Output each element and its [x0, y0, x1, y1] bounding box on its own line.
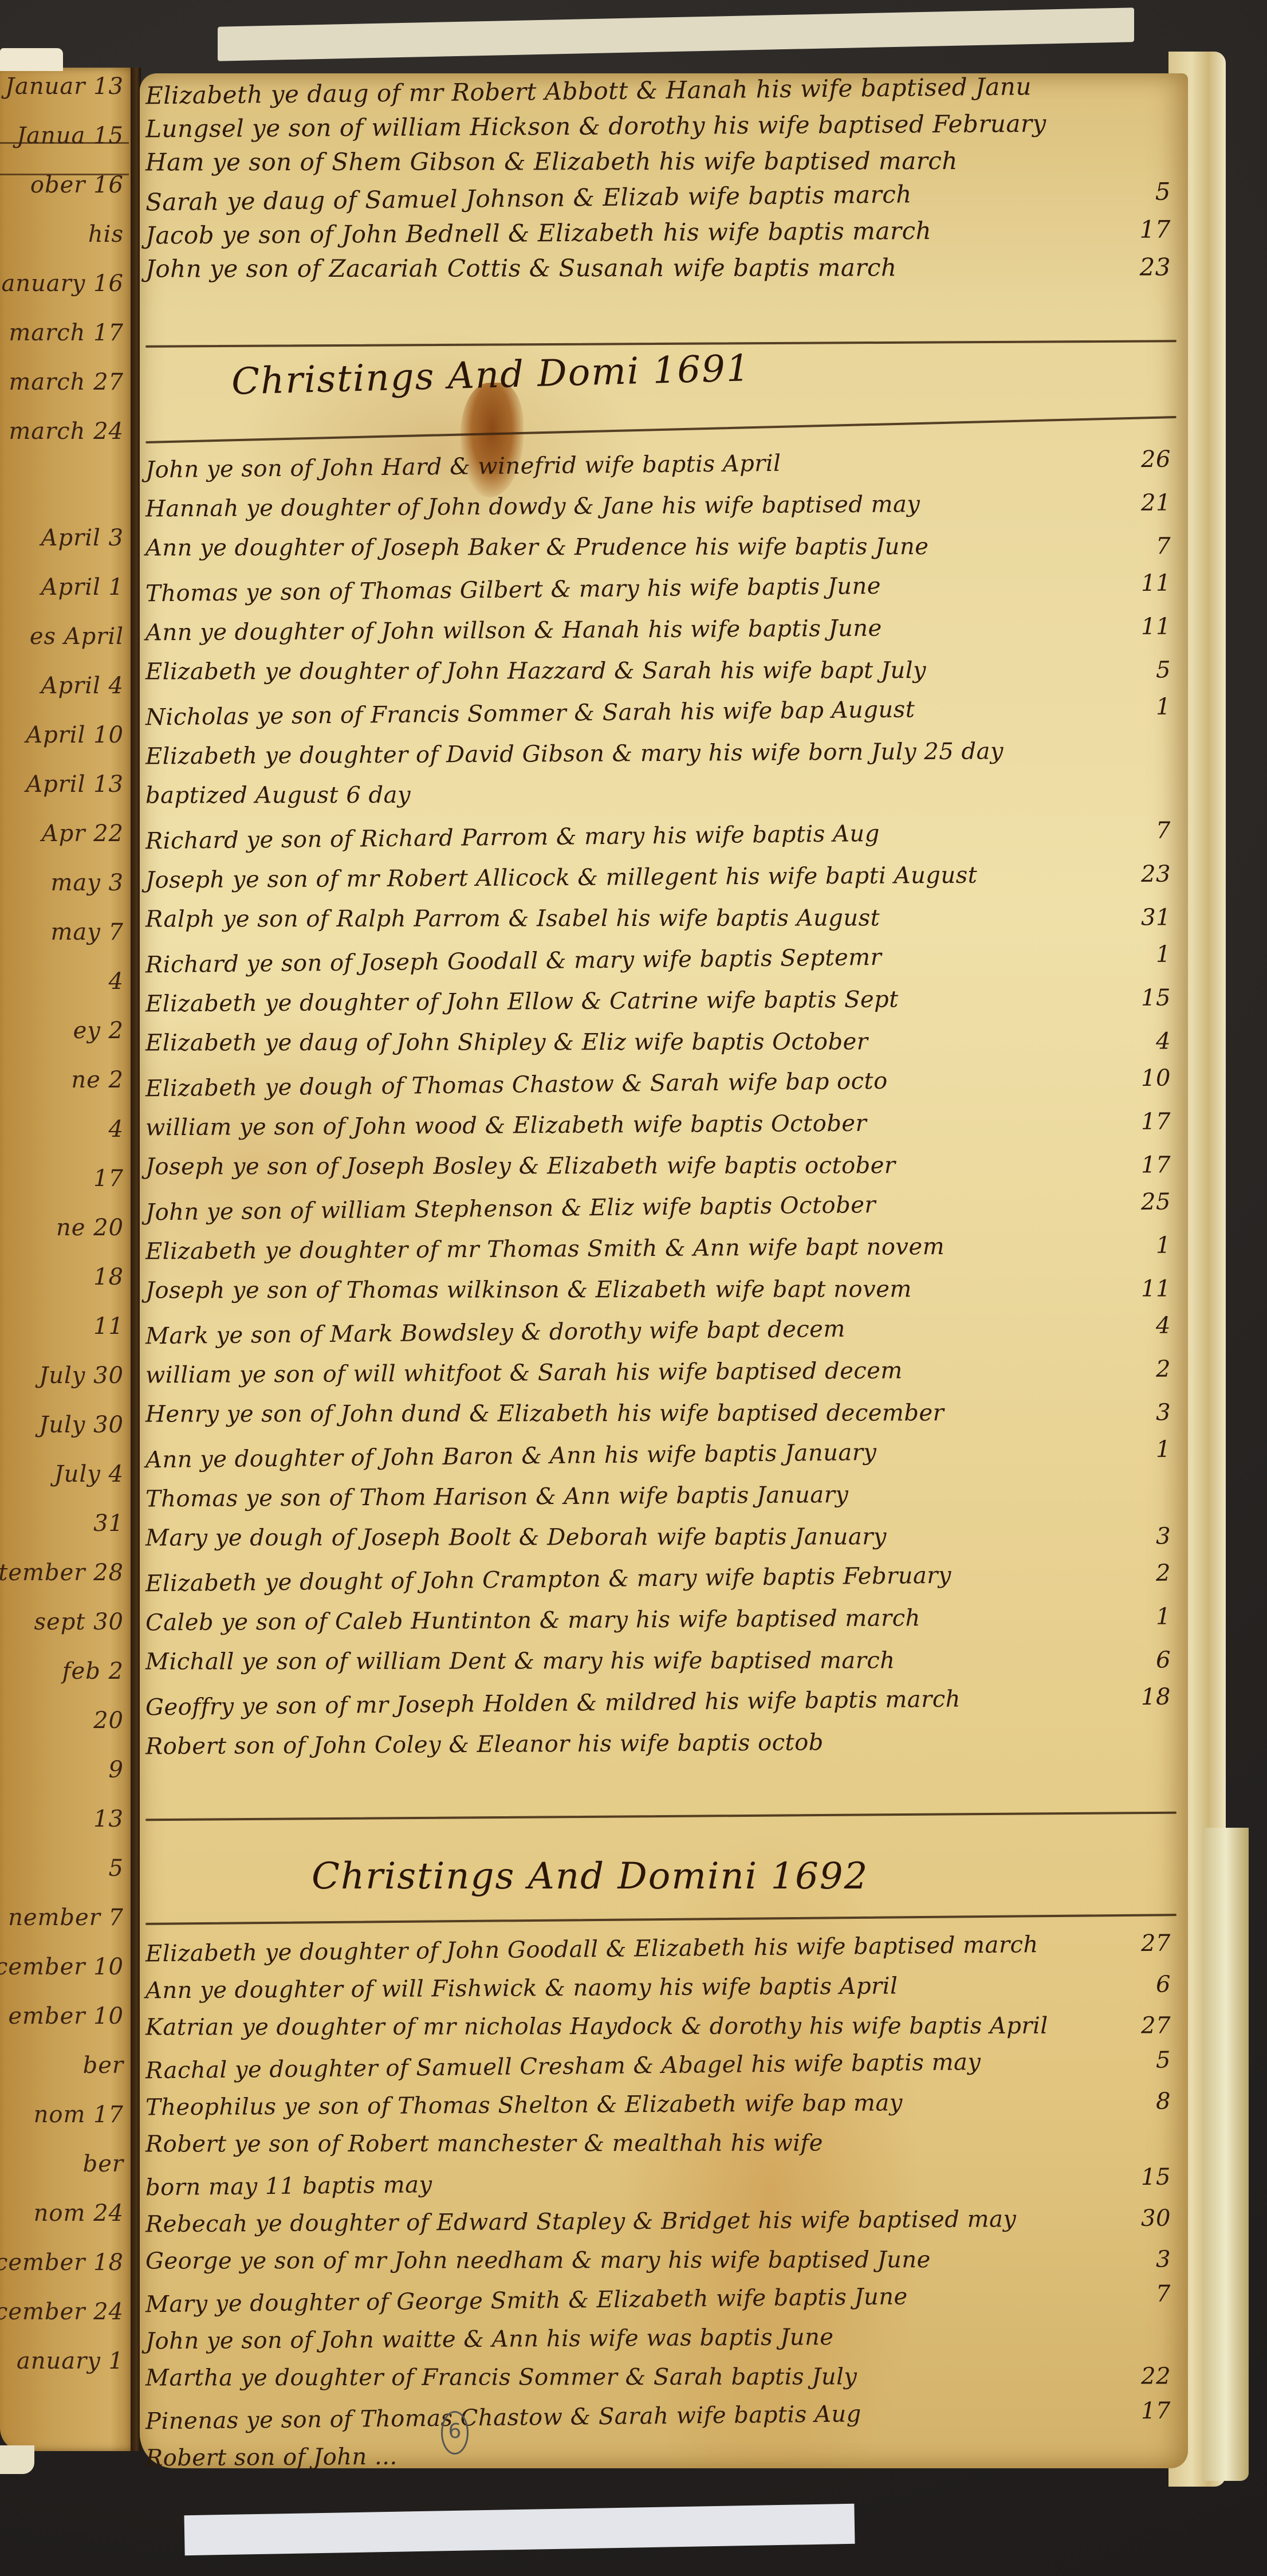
entry-day: 7 [1156, 818, 1171, 844]
entry-text: Lungsel ye son of william Hickson & doro… [145, 109, 1046, 143]
register-entry: Jacob ye son of John Bednell & Elizabeth… [145, 215, 1171, 250]
left-page-date: ey 2 [73, 1018, 124, 1044]
left-page-date: April 10 [26, 722, 124, 748]
entry-text: Michall ye son of william Dent & mary hi… [145, 1647, 895, 1675]
register-entry: born may 11 baptis may15 [145, 2164, 1171, 2201]
register-entry: Robert ye son of Robert manchester & mea… [145, 2129, 1171, 2157]
entry-text: Thomas ye son of Thomas Gilbert & mary h… [145, 573, 881, 607]
entry-text: Mark ye son of Mark Bowdsley & dorothy w… [145, 1316, 845, 1350]
entry-text: william ye son of will whitfoot & Sarah … [145, 1357, 903, 1388]
register-entry: william ye son of John wood & Elizabeth … [145, 1109, 1171, 1141]
entry-text: Ham ye son of Shem Gibson & Elizabeth hi… [145, 147, 958, 176]
entry-text: Joseph ye son of Thomas wilkinson & Eliz… [145, 1276, 912, 1303]
register-entry: Theophilus ye son of Thomas Shelton & El… [145, 2088, 1171, 2121]
register-entry: Mark ye son of Mark Bowdsley & dorothy w… [145, 1313, 1171, 1350]
entry-day: 10 [1141, 1065, 1171, 1092]
left-page-date: 13 [93, 1806, 124, 1832]
left-page-date: ptember 28 [0, 1560, 124, 1586]
entry-day: 26 [1141, 446, 1171, 473]
entry-text: Caleb ye son of Caleb Huntinton & mary h… [145, 1605, 920, 1636]
entry-text: baptized August 6 day [145, 782, 411, 809]
entry-text: Joseph ye son of Joseph Bosley & Elizabe… [145, 1152, 896, 1180]
register-entry: Ralph ye son of Ralph Parrom & Isabel hi… [145, 904, 1171, 932]
entry-text: Elizabeth ye doughter of John Hazzard & … [145, 657, 926, 685]
left-page-date: nember 7 [8, 1904, 124, 1931]
entry-day: 5 [1156, 657, 1171, 683]
left-page-date: ober 16 [30, 172, 124, 198]
left-page-date: anuary 16 [1, 270, 124, 297]
entry-text: John ye son of Zacariah Cottis & Susanah… [145, 253, 897, 282]
register-entry: John ye son of Zacariah Cottis & Susanah… [145, 253, 1171, 282]
entry-text: Geoffry ye son of mr Joseph Holden & mil… [145, 1686, 961, 1721]
left-page-date: march 24 [9, 418, 124, 445]
left-page-dates: Januar 13Janua 15ober 16hisanuary 16marc… [0, 68, 132, 2451]
entry-text: Katrian ye doughter of mr nicholas Haydo… [145, 2013, 1048, 2041]
entry-day: 22 [1141, 2363, 1171, 2389]
left-page-date: April 3 [41, 525, 124, 551]
folio-number: 6 [441, 2411, 469, 2455]
register-entry: John ye son of John Hard & winefrid wife… [145, 446, 1171, 484]
entry-text: Martha ye doughter of Francis Sommer & S… [145, 2363, 857, 2391]
register-entry: Rebecah ye doughter of Edward Stapley & … [145, 2205, 1171, 2238]
register-entry: Elizabeth ye daug of John Shipley & Eliz… [145, 1028, 1171, 1056]
register-entry: Robert son of John ... [145, 2439, 1171, 2472]
left-page-date: Janua 15 [17, 123, 124, 149]
entry-day: 23 [1140, 253, 1171, 281]
entry-text: Elizabeth ye dough of Thomas Chastow & S… [145, 1068, 888, 1102]
entry-day: 17 [1141, 1109, 1171, 1135]
entry-text: Elizabeth ye daug of John Shipley & Eliz… [145, 1028, 868, 1056]
register-entry: Sarah ye daug of Samuel Johnson & Elizab… [145, 178, 1171, 217]
left-page-date: nom 24 [34, 2200, 124, 2226]
left-page-date: April 1 [41, 574, 124, 600]
entry-text: Elizabeth ye doughter of mr Thomas Smith… [145, 1234, 945, 1265]
entry-text: Thomas ye son of Thom Harison & Ann wife… [145, 1482, 849, 1512]
register-entry: Elizabeth ye dough of Thomas Chastow & S… [145, 1065, 1171, 1102]
entry-text: Ann ye doughter of John Baron & Ann his … [145, 1439, 877, 1473]
entry-text: Mary ye dough of Joseph Boolt & Deborah … [145, 1523, 887, 1551]
entry-day: 3 [1156, 1523, 1171, 1549]
register-entry: Elizabeth ye dought of John Crampton & m… [145, 1560, 1171, 1597]
entry-day: 1 [1156, 1604, 1171, 1630]
entry-text: Elizabeth ye doughter of David Gibson & … [145, 738, 1004, 769]
register-entry: Hannah ye doughter of John dowdy & Jane … [145, 490, 1171, 523]
register-entry: Rachal ye doughter of Samuell Cresham & … [145, 2047, 1171, 2084]
entry-text: Jacob ye son of John Bednell & Elizabeth… [145, 217, 931, 249]
register-entry: Mary ye doughter of George Smith & Eliza… [145, 2281, 1171, 2318]
register-entry: Henry ye son of John dund & Elizabeth hi… [145, 1399, 1171, 1427]
section-rule [145, 340, 1176, 347]
register-entry: Richard ye son of Joseph Goodall & mary … [145, 941, 1171, 979]
entry-day: 4 [1156, 1313, 1171, 1339]
left-page-date: may 3 [50, 870, 124, 896]
left-page-date: 20 [93, 1707, 124, 1734]
register-entry: Ann ye doughter of John willson & Hanah … [145, 614, 1171, 646]
entry-day: 3 [1156, 2246, 1171, 2272]
left-page-date: 4 [109, 1116, 124, 1142]
register-entry: Ann ye doughter of will Fishwick & naomy… [145, 1972, 1171, 2004]
entry-text: Hannah ye doughter of John dowdy & Jane … [145, 491, 920, 522]
register-entry: Geoffry ye son of mr Joseph Holden & mil… [145, 1684, 1171, 1721]
register-entry: william ye son of will whitfoot & Sarah … [145, 1356, 1171, 1389]
entry-text: Joseph ye son of mr Robert Allicock & mi… [145, 862, 977, 894]
entry-day: 1 [1156, 1436, 1171, 1463]
section-rule [145, 416, 1176, 443]
left-page-date: 9 [109, 1757, 124, 1783]
entry-day: 11 [1141, 570, 1171, 597]
left-page-date: march 27 [9, 369, 124, 395]
left-page-date: 11 [93, 1313, 124, 1340]
entry-text: Ann ye doughter of Joseph Baker & Pruden… [145, 533, 928, 561]
left-page-date: feb 2 [62, 1658, 124, 1684]
entry-day: 1 [1156, 694, 1171, 720]
register-entry: Ann ye doughter of Joseph Baker & Pruden… [145, 533, 1171, 561]
entry-text: Elizabeth ye doughter of John Ellow & Ca… [145, 986, 899, 1017]
register-entry: Michall ye son of william Dent & mary hi… [145, 1647, 1171, 1675]
entry-day: 5 [1156, 2047, 1171, 2074]
left-page-date: march 17 [9, 320, 124, 346]
entry-text: Ann ye doughter of will Fishwick & naomy… [145, 1973, 898, 2004]
register-entry: Katrian ye doughter of mr nicholas Haydo… [145, 2012, 1171, 2040]
entry-day: 31 [1141, 904, 1171, 930]
entry-day: 7 [1156, 533, 1171, 559]
entry-text: Mary ye doughter of George Smith & Eliza… [145, 2283, 908, 2318]
left-page-date: 31 [93, 1510, 124, 1537]
entry-text: Nicholas ye son of Francis Sommer & Sara… [145, 696, 915, 731]
register-entry: Ham ye son of Shem Gibson & Elizabeth hi… [145, 146, 1171, 176]
register-entry: Elizabeth ye daug of mr Robert Abbott & … [145, 71, 1171, 110]
entry-text: John ye son of william Stephenson & Eliz… [145, 1192, 876, 1226]
left-page-date: April 13 [26, 771, 124, 798]
entry-day: 2 [1156, 1356, 1171, 1383]
register-entry: Mary ye dough of Joseph Boolt & Deborah … [145, 1523, 1171, 1551]
register-entry: Martha ye doughter of Francis Sommer & S… [145, 2363, 1171, 2391]
entry-text: Henry ye son of John dund & Elizabeth hi… [145, 1400, 944, 1427]
entry-day: 8 [1156, 2088, 1171, 2115]
left-page-date: his [88, 221, 124, 248]
entry-day: 7 [1156, 2281, 1171, 2307]
entry-text: Pinenas ye son of Thomas Chastow & Sarah… [145, 2401, 861, 2434]
entry-day: 23 [1141, 861, 1171, 888]
entry-text: born may 11 baptis may [145, 2171, 432, 2201]
left-page-date: ber [83, 2151, 124, 2177]
entry-text: Theophilus ye son of Thomas Shelton & El… [145, 2090, 903, 2121]
left-page-date: ber [83, 2052, 124, 2079]
section-heading-1691: Christings And Domi 1691 [231, 347, 751, 403]
entry-day: 21 [1141, 490, 1171, 516]
entry-text: Sarah ye daug of Samuel Johnson & Elizab… [145, 180, 912, 216]
entry-text: Ralph ye son of Ralph Parrom & Isabel hi… [145, 905, 880, 932]
register-entry: Robert son of John Coley & Eleanor his w… [145, 1727, 1171, 1760]
entry-day: 3 [1156, 1399, 1171, 1426]
entry-text: Elizabeth ye dought of John Crampton & m… [145, 1562, 951, 1597]
entry-day: 15 [1141, 985, 1171, 1011]
entry-day: 17 [1139, 215, 1171, 244]
register-entry: Elizabeth ye doughter of John Ellow & Ca… [145, 985, 1171, 1018]
left-page: Januar 13Janua 15ober 16hisanuary 16marc… [0, 68, 137, 2451]
register-entry: Joseph ye son of mr Robert Allicock & mi… [145, 861, 1171, 894]
register-entry: Elizabeth ye doughter of David Gibson & … [145, 737, 1171, 770]
register-entry: George ye son of mr John needham & mary … [145, 2246, 1171, 2274]
register-entry: Joseph ye son of Joseph Bosley & Elizabe… [145, 1152, 1171, 1180]
left-page-date: 17 [93, 1165, 124, 1192]
left-page-foot-tab [0, 2445, 34, 2474]
register-entry: Richard ye son of Richard Parrom & mary … [145, 818, 1171, 855]
entry-day: 4 [1156, 1028, 1171, 1054]
entry-day: 6 [1156, 1972, 1171, 1998]
entry-text: Elizabeth ye daug of mr Robert Abbott & … [145, 72, 1032, 109]
entry-text: Ann ye doughter of John willson & Hanah … [145, 615, 882, 646]
left-page-date: cember 10 [0, 1954, 124, 1980]
register-entry: Thomas ye son of Thomas Gilbert & mary h… [145, 570, 1171, 607]
entry-text: George ye son of mr John needham & mary … [145, 2247, 931, 2274]
entry-day: 27 [1141, 1930, 1171, 1957]
entry-day: 15 [1141, 2164, 1171, 2191]
entry-text: william ye son of John wood & Elizabeth … [145, 1110, 867, 1141]
left-page-date: July 4 [54, 1461, 124, 1487]
entry-text: Robert son of John Coley & Eleanor his w… [145, 1729, 824, 1760]
left-page-date: 5 [109, 1855, 124, 1882]
register-page: Elizabeth ye daug of mr Robert Abbott & … [140, 73, 1188, 2468]
entry-text: John ye son of John Hard & winefrid wife… [145, 450, 781, 484]
left-page-date: July 30 [39, 1412, 124, 1438]
left-page-date: ne 20 [56, 1215, 124, 1241]
left-page-date: ember 10 [8, 2003, 124, 2029]
entry-day: 5 [1155, 178, 1171, 206]
register-entry: Elizabeth ye doughter of John Goodall & … [145, 1930, 1171, 1968]
entry-text: John ye son of John waitte & Ann his wif… [145, 2324, 834, 2354]
entry-day: 1 [1156, 1232, 1171, 1259]
entry-day: 1 [1156, 941, 1171, 968]
left-page-date: ne 2 [71, 1067, 124, 1093]
left-page-date: 18 [93, 1264, 124, 1290]
register-entry: Lungsel ye son of william Hickson & doro… [145, 109, 1171, 143]
entry-text: Robert ye son of Robert manchester & mea… [145, 2130, 823, 2157]
register-entry: Nicholas ye son of Francis Sommer & Sara… [145, 694, 1171, 731]
left-page-date: es April [30, 623, 124, 650]
entry-day: 18 [1141, 1684, 1171, 1711]
left-page-date: december 24 [0, 2299, 124, 2325]
left-page-date: sept 30 [34, 1609, 124, 1635]
entry-day: 11 [1141, 1275, 1171, 1302]
left-page-date: cember 18 [0, 2249, 124, 2276]
entry-day: 17 [1141, 2398, 1171, 2425]
entry-day: 30 [1141, 2205, 1171, 2232]
entry-text: Rebecah ye doughter of Edward Stapley & … [145, 2206, 1017, 2237]
entry-day: 25 [1141, 1189, 1171, 1216]
register-entry: baptized August 6 day [145, 780, 1171, 808]
register-entry: Thomas ye son of Thom Harison & Ann wife… [145, 1480, 1171, 1513]
entry-text: Richard ye son of Richard Parrom & mary … [145, 820, 880, 854]
entry-day: 17 [1141, 1152, 1171, 1178]
ink-stain [461, 383, 524, 497]
left-page-date: nom 17 [34, 2102, 124, 2128]
entry-day: 11 [1141, 614, 1171, 640]
register-entry: John ye son of william Stephenson & Eliz… [145, 1189, 1171, 1226]
section-rule [145, 1812, 1176, 1821]
entry-text: Elizabeth ye doughter of John Goodall & … [145, 1931, 1038, 1967]
entry-text: Richard ye son of Joseph Goodall & mary … [145, 944, 882, 978]
entry-day: 6 [1156, 1647, 1171, 1673]
left-page-date: Apr 22 [42, 820, 124, 847]
left-page-date: 4 [109, 968, 124, 995]
left-page-date: anuary 1 [17, 2348, 124, 2374]
register-entry: Elizabeth ye doughter of mr Thomas Smith… [145, 1232, 1171, 1265]
left-page-date: July 30 [39, 1362, 124, 1389]
section-heading-1692: Christings And Domini 1692 [312, 1855, 868, 1898]
entry-text: Rachal ye doughter of Samuell Cresham & … [145, 2049, 981, 2084]
entry-day: 27 [1141, 2012, 1171, 2039]
entry-day: 2 [1156, 1560, 1171, 1587]
entry-text: Robert son of John ... [145, 2444, 398, 2472]
register-entry: Caleb ye son of Caleb Huntinton & mary h… [145, 1604, 1171, 1636]
register-entry: Pinenas ye son of Thomas Chastow & Sarah… [145, 2398, 1171, 2435]
edge-paper-slip [1203, 1828, 1249, 2481]
left-page-date: April 4 [41, 673, 124, 699]
left-page-date: Januar 13 [5, 73, 124, 100]
register-entry: John ye son of John waitte & Ann his wif… [145, 2322, 1171, 2355]
register-entry: Elizabeth ye doughter of John Hazzard & … [145, 657, 1171, 685]
register-entry: Ann ye doughter of John Baron & Ann his … [145, 1436, 1171, 1474]
left-page-date: may 7 [50, 919, 124, 945]
register-entry: Joseph ye son of Thomas wilkinson & Eliz… [145, 1275, 1171, 1303]
section-rule [145, 1914, 1176, 1925]
